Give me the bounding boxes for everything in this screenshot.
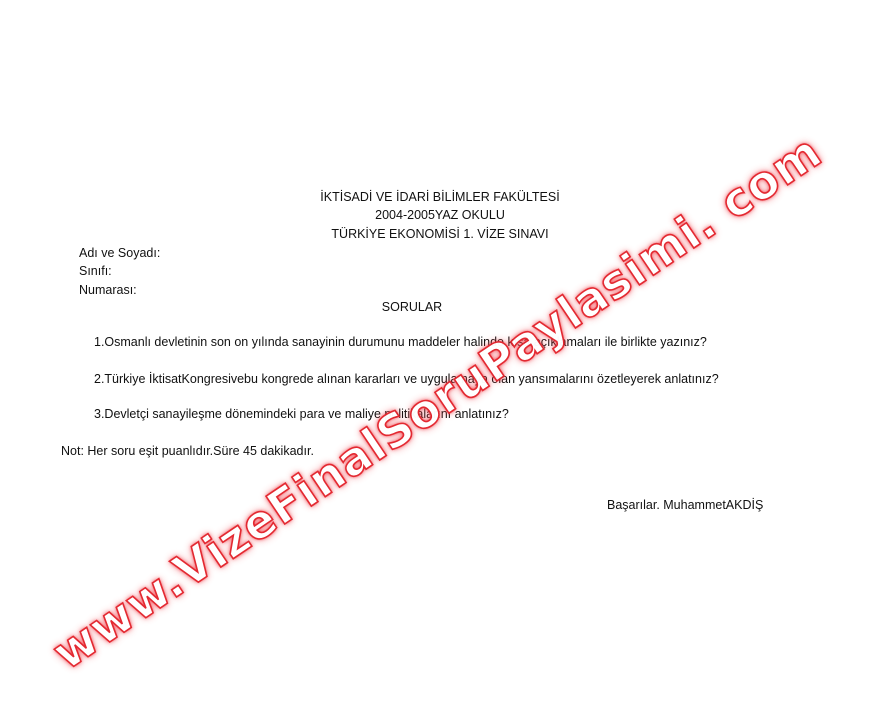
signature: Başarılar. MuhammetAKDİŞ (607, 497, 763, 513)
student-number-label: Numarası: (79, 282, 137, 298)
question-2: 2.Türkiye İktisatKongresivebu kongrede a… (94, 371, 719, 387)
student-class-label: Sınıfı: (79, 263, 112, 279)
exam-document: İKTİSADİ VE İDARİ BİLİMLER FAKÜLTESİ 200… (0, 0, 881, 726)
student-name-label: Adı ve Soyadı: (79, 245, 160, 261)
exam-title: TÜRKİYE EKONOMİSİ 1. VİZE SINAVI (240, 226, 640, 242)
exam-note: Not: Her soru eşit puanlıdır.Süre 45 dak… (61, 443, 314, 459)
question-1: 1.Osmanlı devletinin son on yılında sana… (94, 334, 707, 350)
faculty-title: İKTİSADİ VE İDARİ BİLİMLER FAKÜLTESİ (240, 189, 640, 205)
questions-section-title: SORULAR (312, 299, 512, 315)
term-title: 2004-2005YAZ OKULU (240, 207, 640, 223)
question-3: 3.Devletçi sanayileşme dönemindeki para … (94, 406, 509, 422)
